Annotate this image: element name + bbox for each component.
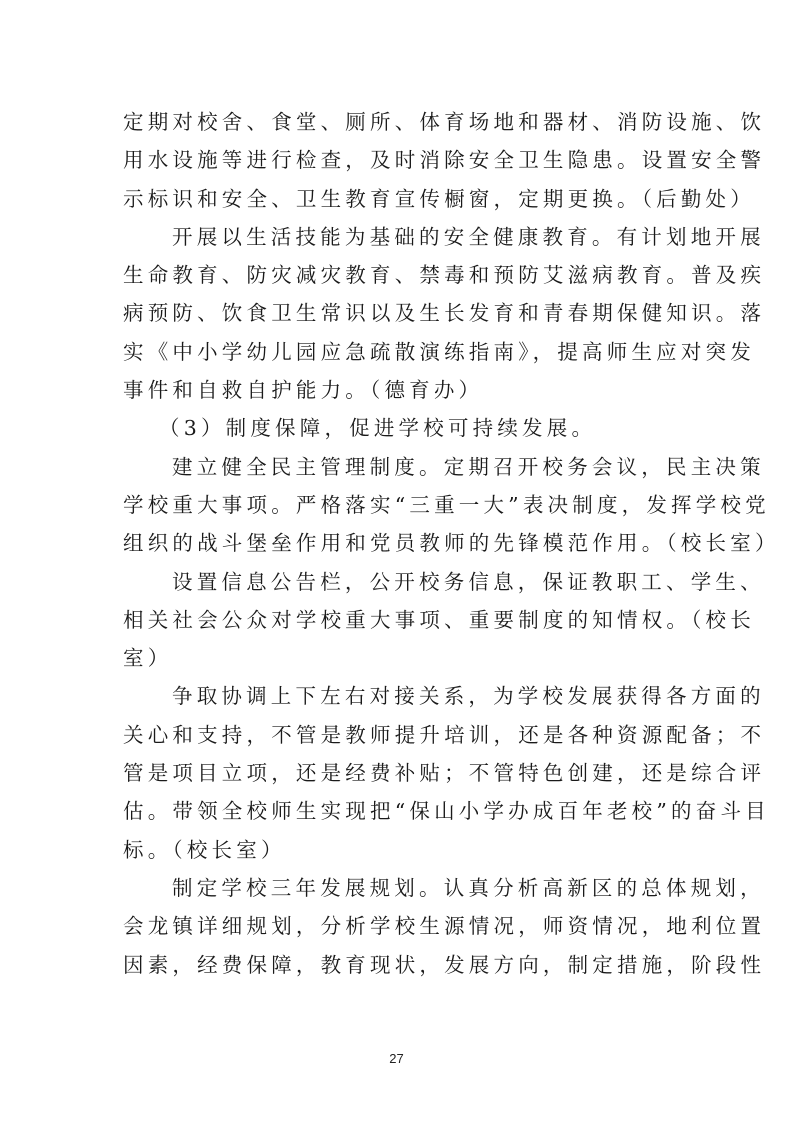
text-line: 定期对校舍、食堂、厕所、体育场地和器材、消防设施、饮 <box>123 103 683 141</box>
paragraph-start-line: 建立健全民主管理制度。定期召开校务会议，民主决策 <box>123 448 683 486</box>
text-line: 关心和支持，不管是教师提升培训，还是各种资源配备；不 <box>123 716 683 754</box>
text-line: 室） <box>123 639 683 677</box>
paragraph-start-line: 争取协调上下左右对接关系，为学校发展获得各方面的 <box>123 677 683 715</box>
document-page: 定期对校舍、食堂、厕所、体育场地和器材、消防设施、饮 用水设施等进行检查，及时消… <box>0 0 793 1122</box>
text-line: 会龙镇详细规划，分析学校生源情况，师资情况，地利位置 <box>123 907 683 945</box>
text-line: 学校重大事项。严格落实“三重一大”表决制度，发挥学校党 <box>123 486 683 524</box>
text-line: 生命教育、防灾减灾教育、禁毒和预防艾滋病教育。普及疾 <box>123 256 683 294</box>
paragraph-start-line: 开展以生活技能为基础的安全健康教育。有计划地开展 <box>123 218 683 256</box>
section-heading: （3）制度保障，促进学校可持续发展。 <box>123 409 683 447</box>
paragraph-start-line: 制定学校三年发展规划。认真分析高新区的总体规划， <box>123 869 683 907</box>
text-line: 因素，经费保障，教育现状，发展方向，制定措施，阶段性 <box>123 946 683 984</box>
text-line: 事件和自救自护能力。（德育办） <box>123 371 683 409</box>
text-line: 管是项目立项，还是经费补贴；不管特色创建，还是综合评 <box>123 754 683 792</box>
text-line: 病预防、饮食卫生常识以及生长发育和青春期保健知识。落 <box>123 294 683 332</box>
text-line: 相关社会公众对学校重大事项、重要制度的知情权。（校长 <box>123 601 683 639</box>
text-line: 标。（校长室） <box>123 831 683 869</box>
page-number: 27 <box>0 1051 793 1066</box>
text-line: 估。带领全校师生实现把“保山小学办成百年老校”的奋斗目 <box>123 792 683 830</box>
text-line: 组织的战斗堡垒作用和党员教师的先锋模范作用。（校长室） <box>123 524 683 562</box>
text-line: 用水设施等进行检查，及时消除安全卫生隐患。设置安全警 <box>123 141 683 179</box>
text-line: 示标识和安全、卫生教育宣传橱窗，定期更换。（后勤处） <box>123 180 683 218</box>
text-line: 实《中小学幼儿园应急疏散演练指南》，提高师生应对突发 <box>123 333 683 371</box>
document-body: 定期对校舍、食堂、厕所、体育场地和器材、消防设施、饮 用水设施等进行检查，及时消… <box>123 103 683 984</box>
paragraph-start-line: 设置信息公告栏，公开校务信息，保证教职工、学生、 <box>123 563 683 601</box>
